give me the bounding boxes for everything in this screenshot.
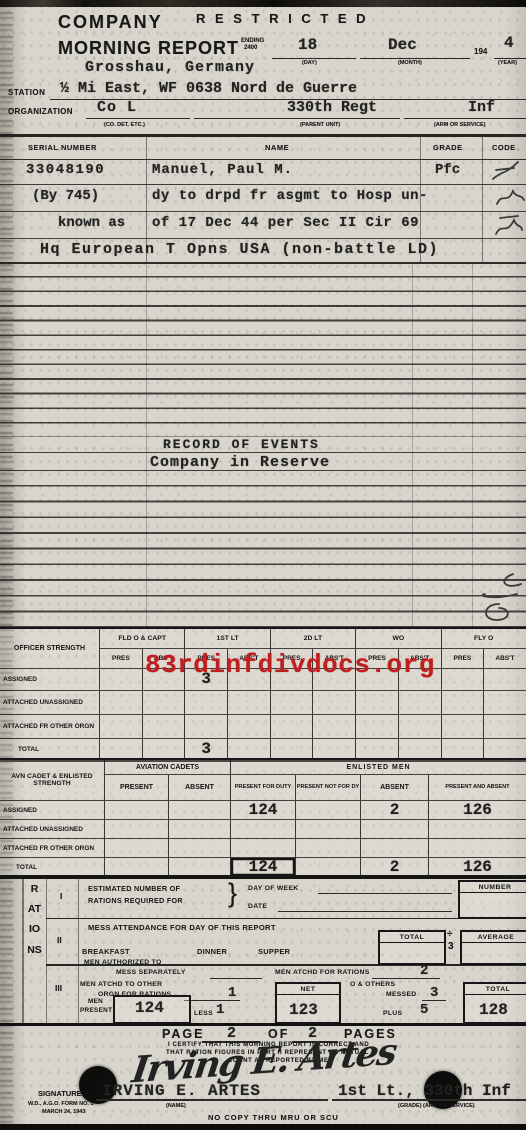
estimated-label-1: ESTIMATED NUMBER OF bbox=[88, 884, 180, 893]
cadet-cell bbox=[105, 820, 169, 839]
number-box: NUMBER bbox=[458, 880, 526, 919]
rations-numeral-i: I bbox=[60, 891, 62, 901]
officer-cell bbox=[399, 739, 442, 760]
ending-label: ENDING bbox=[241, 38, 264, 44]
rations-total-value: 128 bbox=[479, 1001, 508, 1019]
officer-cell bbox=[228, 715, 271, 739]
officer-group-2d-lt: 2D LT bbox=[271, 629, 356, 649]
cadet-cell bbox=[231, 820, 296, 839]
form-date: MARCH 24, 1943 bbox=[42, 1109, 85, 1115]
officer-cell bbox=[100, 669, 143, 691]
less-label: LESS bbox=[194, 1010, 213, 1017]
org-unit-underline bbox=[86, 103, 190, 119]
cadet-cell bbox=[296, 820, 361, 839]
officer-cell bbox=[143, 739, 186, 760]
year-prefix: 194 bbox=[474, 47, 487, 56]
officer-cell bbox=[313, 739, 356, 760]
cadet-cell: 124 bbox=[231, 801, 296, 820]
enlisted-col-present-and-absent: PRESENT AND ABSENT bbox=[429, 775, 526, 801]
no-copy-notice: NO COPY THRU MRU OR SCU bbox=[208, 1113, 339, 1122]
rations-outer-border bbox=[22, 877, 24, 1023]
mess-separately-blank bbox=[210, 969, 262, 979]
officer-cell bbox=[399, 715, 442, 739]
org-unit-sub: (CO. DET. ETC.) bbox=[104, 122, 145, 128]
grade-sub-label: (GRADE) (ARM OR SERVICE) bbox=[398, 1103, 475, 1109]
officer-cell bbox=[143, 691, 186, 715]
men-atchd-other-label-1: MEN ATCHD TO OTHER bbox=[80, 981, 162, 988]
officer-cell: 3 bbox=[185, 739, 228, 760]
officer-strength-table: OFFICER STRENGTH FLD O & CAPT 1ST LT 2D … bbox=[0, 627, 526, 762]
net-box: NET 123 bbox=[275, 982, 341, 1024]
cadet-cell bbox=[169, 820, 231, 839]
officer-subcol-pres: PRES bbox=[100, 649, 143, 669]
cadet-cell bbox=[361, 839, 429, 858]
org-parent-sub: (PARENT UNIT) bbox=[300, 122, 340, 128]
remark-row2-rule bbox=[0, 222, 526, 239]
cadet-cell: 2 bbox=[361, 801, 429, 820]
officer-group-wo: WO bbox=[356, 629, 441, 649]
total-meals-box: TOTAL bbox=[378, 930, 446, 965]
officer-cell bbox=[228, 739, 271, 760]
men-atchd-other-value: 1 bbox=[228, 985, 236, 1001]
enlisted-col-absent: ABSENT bbox=[361, 775, 429, 801]
rations-numeral-iii: III bbox=[55, 983, 62, 993]
officer-group-fldo-capt: FLD O & CAPT bbox=[100, 629, 185, 649]
officer-row-label-attached-fr-other: ATTACHED FR OTHER ORGN bbox=[0, 715, 100, 739]
scan-top-edge bbox=[0, 0, 526, 7]
net-value: 123 bbox=[289, 1001, 318, 1019]
rations-total-box-label: TOTAL bbox=[465, 984, 526, 995]
cadet-cell bbox=[361, 820, 429, 839]
average-box: AVERAGE bbox=[460, 930, 526, 965]
officer-row-label-total: TOTAL bbox=[0, 739, 100, 760]
dinner-label: DINNER bbox=[197, 947, 227, 956]
officer-cell bbox=[356, 691, 399, 715]
org-arm-sub: (ARM OR SERVICE) bbox=[434, 122, 486, 128]
page-label: PAGE bbox=[162, 1027, 205, 1041]
rations-numeral-ii: II bbox=[57, 935, 62, 945]
month-sub-label: (MONTH) bbox=[398, 60, 422, 66]
group-enlisted-men: ENLISTED MEN bbox=[231, 760, 526, 775]
officer-subcol-abst: ABS'T bbox=[484, 649, 526, 669]
officer-cell bbox=[185, 715, 228, 739]
roster-row1-rule bbox=[0, 168, 526, 185]
day-of-week-label: DAY OF WEEK bbox=[248, 885, 299, 892]
rations-numeral-border bbox=[78, 877, 79, 1023]
cadet-cell bbox=[429, 839, 526, 858]
mess-attendance-title: MESS ATTENDANCE FOR DAY OF THIS REPORT bbox=[88, 923, 276, 932]
officer-cell bbox=[442, 691, 485, 715]
officer-cell bbox=[271, 739, 314, 760]
remark-row3-rule bbox=[0, 246, 526, 264]
rations-letter-border bbox=[46, 877, 47, 1023]
organization-label: ORGANIZATION bbox=[8, 107, 73, 116]
men-authorized-label-2: MESS SEPARATELY bbox=[116, 969, 186, 976]
officer-cell bbox=[100, 715, 143, 739]
col-grade: GRADE bbox=[433, 143, 463, 152]
rations-section: RATIONS I II III ESTIMATED NUMBER OF RAT… bbox=[0, 875, 526, 1026]
officer-cell bbox=[313, 691, 356, 715]
rations-vertical-label: RATIONS bbox=[27, 879, 42, 960]
men-authorized-label-1: MEN AUTHORIZED TO bbox=[84, 959, 162, 966]
cadet-cell bbox=[169, 839, 231, 858]
officer-cell bbox=[100, 691, 143, 715]
officer-row-label-assigned: ASSIGNED bbox=[0, 669, 100, 691]
watermark: 83rdinfdivdocs.org bbox=[145, 650, 435, 680]
men-atchd-for-rations-label: MEN ATCHD FOR RATIONS bbox=[275, 969, 370, 976]
men-present-label-1: MEN bbox=[88, 998, 103, 1005]
officer-cell bbox=[185, 691, 228, 715]
cadet-cell bbox=[429, 820, 526, 839]
divisor: 3 bbox=[448, 941, 454, 952]
officer-cell bbox=[356, 715, 399, 739]
events-entry-rule bbox=[0, 454, 526, 471]
officer-subcol-pres: PRES bbox=[442, 649, 485, 669]
average-box-label: AVERAGE bbox=[462, 932, 526, 943]
cadet-row-label-assigned: ASSIGNED bbox=[0, 801, 105, 820]
signature-label: SIGNATURE bbox=[38, 1089, 82, 1098]
day-sub-label: (DAY) bbox=[302, 60, 317, 66]
breakfast-label: BREAKFAST bbox=[82, 947, 130, 956]
less-value: 1 bbox=[216, 1002, 224, 1018]
men-present-box: 124 bbox=[113, 995, 191, 1024]
station-label: STATION bbox=[8, 88, 45, 97]
month-underline bbox=[360, 42, 470, 59]
station-underline bbox=[50, 84, 526, 100]
officer-cell bbox=[442, 669, 485, 691]
officer-cell bbox=[313, 715, 356, 739]
blank-ruled-area-lower bbox=[0, 471, 526, 627]
cadet-cell bbox=[105, 839, 169, 858]
officer-cell bbox=[271, 715, 314, 739]
col-name: NAME bbox=[265, 143, 289, 152]
o-and-others-label-2: MESSED bbox=[386, 991, 417, 998]
rations-divider-1 bbox=[46, 918, 526, 919]
morning-report-title: MORNING REPORT bbox=[58, 38, 239, 59]
officer-cell bbox=[356, 739, 399, 760]
date-label: DATE bbox=[248, 903, 267, 910]
officer-cell bbox=[399, 691, 442, 715]
location-entry: Grosshau, Germany bbox=[85, 59, 255, 76]
form-number: W.D., A.G.O. FORM NO. 1 bbox=[28, 1101, 94, 1107]
officer-cell bbox=[228, 691, 271, 715]
enlisted-col-present-not-for-dy: PRESENT NOT FOR DY bbox=[296, 775, 361, 801]
handwritten-flourish bbox=[455, 570, 525, 628]
day-of-week-blank bbox=[318, 885, 452, 894]
col-code: CODE bbox=[492, 143, 516, 152]
cadet-cell bbox=[296, 839, 361, 858]
officer-row-label-attached-unassigned: ATTACHED UNASSIGNED bbox=[0, 691, 100, 715]
cadet-cell bbox=[296, 801, 361, 820]
cadet-cell: 126 bbox=[429, 801, 526, 820]
remark-row1-rule bbox=[0, 195, 526, 212]
men-atchd-for-rations-value: 2 bbox=[420, 963, 428, 979]
officer-cell bbox=[484, 739, 526, 760]
officer-cell bbox=[484, 715, 526, 739]
supper-label: SUPPER bbox=[258, 947, 290, 956]
officer-group-fly-o: FLY O bbox=[442, 629, 526, 649]
cadet-row-label-attached-fr-other: ATTACHED FR OTHER ORGN bbox=[0, 839, 105, 858]
cadet-cell bbox=[105, 801, 169, 820]
ending-time: 2400 bbox=[244, 45, 257, 51]
o-and-others-value: 3 bbox=[430, 985, 438, 1001]
estimated-label-2: RATIONS REQUIRED FOR bbox=[88, 896, 183, 905]
men-atchd-for-rations-blank bbox=[372, 969, 440, 979]
total-meals-box-label: TOTAL bbox=[380, 932, 444, 943]
events-title-rule bbox=[0, 437, 526, 453]
roster-header-row: SERIAL NUMBER NAME GRADE CODE bbox=[0, 137, 526, 160]
group-aviation-cadets: AVIATION CADETS bbox=[105, 760, 231, 775]
date-blank bbox=[278, 903, 452, 912]
divided-by-sign: ÷ bbox=[447, 929, 453, 940]
officer-group-1st-lt: 1ST LT bbox=[185, 629, 270, 649]
officer-cell bbox=[442, 715, 485, 739]
cadet-cell bbox=[231, 839, 296, 858]
rations-total-box: TOTAL 128 bbox=[463, 982, 526, 1024]
officer-cell bbox=[143, 715, 186, 739]
plus-label: PLUS bbox=[383, 1010, 402, 1017]
cadet-row-label-attached-unassigned: ATTACHED UNASSIGNED bbox=[0, 820, 105, 839]
net-box-label: NET bbox=[277, 984, 339, 995]
officer-strength-header: OFFICER STRENGTH bbox=[0, 629, 100, 669]
number-box-label: NUMBER bbox=[460, 882, 526, 893]
o-and-others-label-1: O & OTHERS bbox=[350, 981, 395, 988]
cadet-col-present: PRESENT bbox=[105, 775, 169, 801]
col-serial-number: SERIAL NUMBER bbox=[28, 143, 97, 152]
day-underline bbox=[272, 42, 356, 59]
officer-cell bbox=[100, 739, 143, 760]
cadet-cell bbox=[169, 801, 231, 820]
officer-cell bbox=[271, 691, 314, 715]
company-label: COMPANY bbox=[58, 12, 163, 33]
enlisted-col-present-for-duty: PRESENT FOR DUTY bbox=[231, 775, 296, 801]
plus-value: 5 bbox=[420, 1002, 428, 1018]
scan-bottom-edge bbox=[0, 1124, 526, 1130]
org-arm-underline bbox=[404, 103, 526, 119]
officer-cell bbox=[484, 669, 526, 691]
brace: } bbox=[228, 878, 237, 909]
restricted-stamp: R E S T R I C T E D bbox=[196, 11, 369, 26]
morning-report-document: COMPANY R E S T R I C T E D MORNING REPO… bbox=[0, 0, 526, 1130]
year-sub-label: (YEAR) bbox=[498, 60, 517, 66]
cadet-enlisted-table: AVN CADET & ENLISTED STRENGTH AVIATION C… bbox=[0, 758, 526, 879]
officer-cell bbox=[442, 739, 485, 760]
year-underline bbox=[494, 42, 526, 59]
men-present-label-2: PRESENT bbox=[80, 1007, 112, 1014]
org-parent-underline bbox=[194, 103, 400, 119]
officer-cell bbox=[484, 691, 526, 715]
cadet-col-absent: ABSENT bbox=[169, 775, 231, 801]
men-present-value: 124 bbox=[135, 999, 164, 1017]
name-sub-label: (NAME) bbox=[166, 1103, 186, 1109]
blank-ruled-area-upper bbox=[0, 263, 526, 437]
cadet-enlisted-header: AVN CADET & ENLISTED STRENGTH bbox=[0, 760, 105, 801]
signature-grade-underline bbox=[332, 1084, 526, 1101]
